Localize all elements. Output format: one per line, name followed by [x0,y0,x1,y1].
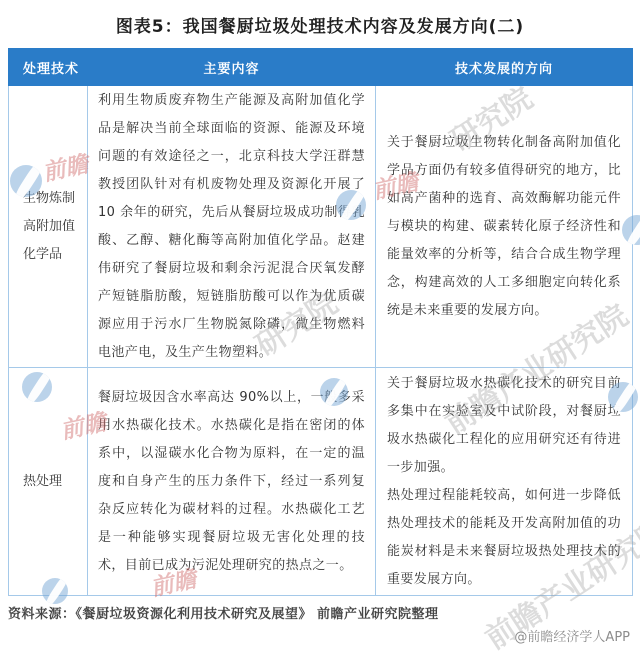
direction-paragraph: 关于餐厨垃圾水热碳化技术的研究目前多集中在实验室及中试阶段，对餐厨垃圾水热碳化工… [387,370,621,482]
page-title: 图表5：我国餐厨垃圾处理技术内容及发展方向(二) [0,12,640,37]
direction-paragraph: 热处理过程能耗较高，如何进一步降低热处理技术的能耗及开发高附加值的功能炭材料是未… [387,482,621,594]
header-development-direction: 技术发展的方向 [376,49,633,86]
header-main-content: 主要内容 [88,49,376,86]
direction-paragraph: 关于餐厨垃圾生物转化制备高附加值化学品方面仍有较多值得研究的地方，比如高产菌种的… [387,129,621,325]
app-credit: @前瞻经济学人APP [514,626,630,645]
technology-cell: 生物炼制高附加值化学品 [9,86,88,368]
technology-table: 处理技术 主要内容 技术发展的方向 生物炼制高附加值化学品 利用生物质废弃物生产… [8,48,633,596]
table-header-row: 处理技术 主要内容 技术发展的方向 [9,49,633,86]
main-content-cell: 餐厨垃圾因含水率高达 90%以上，一般多采用水热碳化技术。水热碳化是指在密闭的体… [88,368,376,596]
direction-cell: 关于餐厨垃圾生物转化制备高附加值化学品方面仍有较多值得研究的地方，比如高产菌种的… [376,86,633,368]
table-row-thermal-treatment: 热处理 餐厨垃圾因含水率高达 90%以上，一般多采用水热碳化技术。水热碳化是指在… [9,368,633,596]
main-content-cell: 利用生物质废弃物生产能源及高附加值化学品是解决当前全球面临的资源、能源及环境问题… [88,86,376,368]
header-technology: 处理技术 [9,49,88,86]
data-source-note: 资料来源：《餐厨垃圾资源化利用技术研究及展望》 前瞻产业研究院整理 [8,603,439,622]
technology-cell: 热处理 [9,368,88,596]
direction-cell: 关于餐厨垃圾水热碳化技术的研究目前多集中在实验室及中试阶段，对餐厨垃圾水热碳化工… [376,368,633,596]
table-row-biorefinery: 生物炼制高附加值化学品 利用生物质废弃物生产能源及高附加值化学品是解决当前全球面… [9,86,633,368]
